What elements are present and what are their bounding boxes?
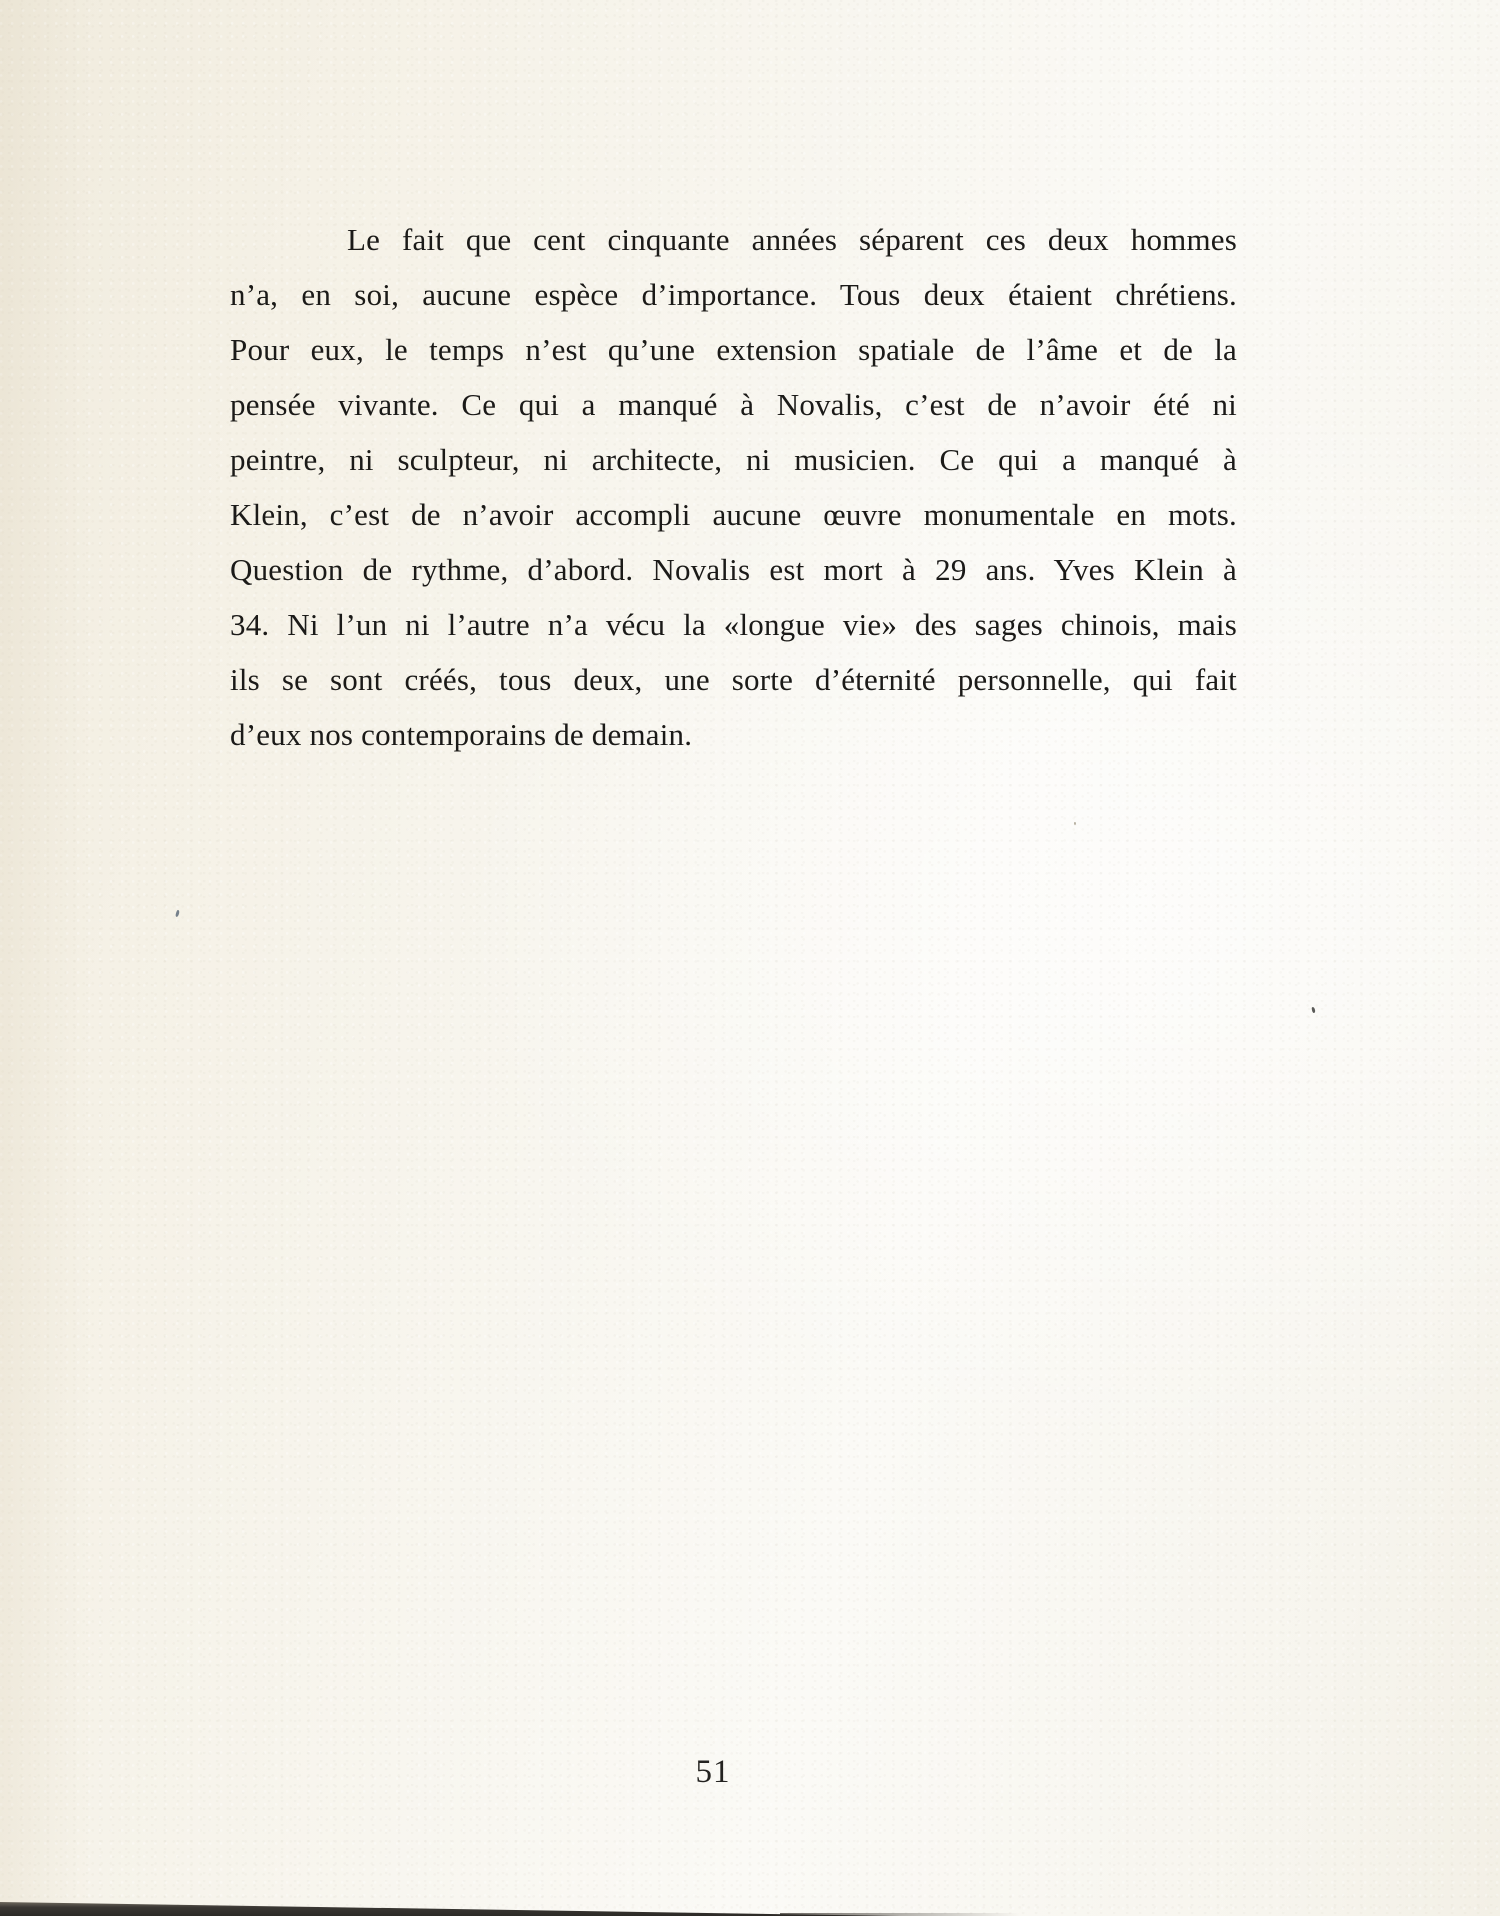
book-page: Le fait que cent cinquante années sépare… (0, 0, 1500, 1916)
text-line: Question de rythme, d’abord. Novalis est… (230, 542, 1237, 597)
scan-speck (175, 910, 180, 918)
body-text: Le fait que cent cinquante années sépare… (230, 212, 1237, 762)
text-line: n’a, en soi, aucune espèce d’importance.… (230, 267, 1237, 322)
scan-edge-artifact (0, 1902, 900, 1916)
text-line: Klein, c’est de n’avoir accompli aucune … (230, 487, 1237, 542)
text-line: pensée vivante. Ce qui a manqué à Novali… (230, 377, 1237, 432)
text-line: peintre, ni sculpteur, ni architecte, ni… (230, 432, 1237, 487)
text-line: ils se sont créés, tous deux, une sorte … (230, 652, 1237, 707)
text-line: 34. Ni l’un ni l’autre n’a vécu la «long… (230, 597, 1237, 652)
scan-speck (1074, 822, 1076, 825)
paper-edge-shading (0, 0, 90, 1916)
page-number: 51 (696, 1752, 731, 1792)
scan-speck (1311, 1007, 1315, 1013)
text-line: d’eux nos contemporains de demain. (230, 707, 1237, 762)
text-line: Le fait que cent cinquante années sépare… (230, 212, 1237, 267)
text-line: Pour eux, le temps n’est qu’une extensio… (230, 322, 1237, 377)
